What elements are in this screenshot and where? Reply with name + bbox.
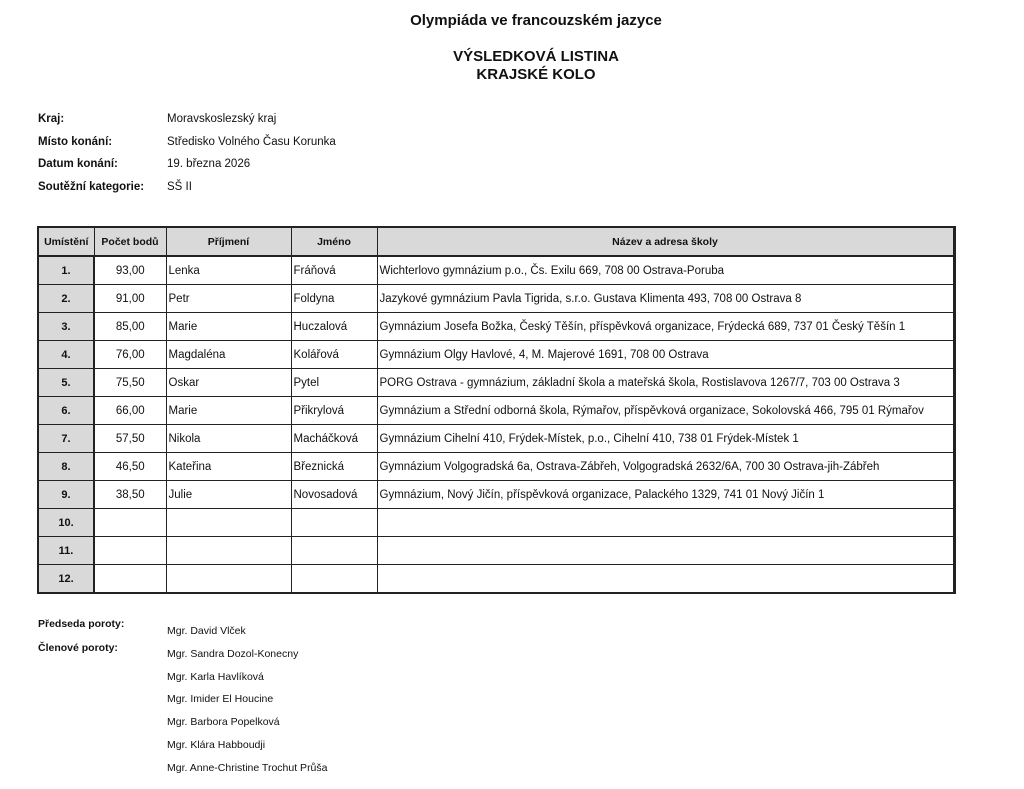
table-row: 1.93,00LenkaFráňováWichterlovo gymnázium…	[38, 256, 954, 285]
cell-school: PORG Ostrava - gymnázium, základní škola…	[377, 369, 954, 397]
cell-school: Gymnázium Josefa Božka, Český Těšín, pří…	[377, 313, 954, 341]
cell-school: Wichterlovo gymnázium p.o., Čs. Exilu 66…	[377, 256, 954, 285]
cell-school: Jazykové gymnázium Pavla Tigrida, s.r.o.…	[377, 285, 954, 313]
results-body: 1.93,00LenkaFráňováWichterlovo gymnázium…	[38, 256, 954, 593]
category-value: SŠ II	[167, 181, 192, 193]
cell-place: 9.	[38, 481, 94, 509]
document-title: Olympiáda ve francouzském jazyce	[0, 12, 1024, 29]
cell-surname: Nikola	[166, 425, 291, 453]
date-label: Datum konání:	[38, 158, 167, 170]
cell-place: 3.	[38, 313, 94, 341]
table-row: 2.91,00PetrFoldynaJazykové gymnázium Pav…	[38, 285, 954, 313]
cell-surname: Marie	[166, 397, 291, 425]
venue-label: Místo konání:	[38, 136, 167, 148]
cell-school: Gymnázium Volgogradská 6a, Ostrava-Zábře…	[377, 453, 954, 481]
info-row-category: Soutěžní kategorie: SŠ II	[38, 176, 336, 199]
jury-member-name: Mgr. Imider El Houcine	[167, 692, 328, 715]
region-value: Moravskoslezský kraj	[167, 113, 276, 125]
header-points: Počet bodů	[94, 227, 166, 256]
cell-school	[377, 509, 954, 537]
cell-surname: Magdaléna	[166, 341, 291, 369]
cell-school: Gymnázium Cihelní 410, Frýdek-Místek, p.…	[377, 425, 954, 453]
document-subtitle-results: VÝSLEDKOVÁ LISTINA	[0, 48, 1024, 66]
cell-surname	[166, 509, 291, 537]
cell-points	[94, 565, 166, 594]
cell-surname: Lenka	[166, 256, 291, 285]
cell-points	[94, 509, 166, 537]
cell-name: Kolářová	[291, 341, 377, 369]
cell-name: Pytel	[291, 369, 377, 397]
cell-points: 85,00	[94, 313, 166, 341]
cell-surname	[166, 565, 291, 594]
cell-place: 6.	[38, 397, 94, 425]
cell-name	[291, 565, 377, 594]
cell-surname: Petr	[166, 285, 291, 313]
table-row: 3.85,00MarieHuczalováGymnázium Josefa Bo…	[38, 313, 954, 341]
cell-surname: Marie	[166, 313, 291, 341]
venue-value: Středisko Volného Času Korunka	[167, 136, 336, 148]
cell-place: 12.	[38, 565, 94, 594]
competition-info: Kraj: Moravskoslezský kraj Místo konání:…	[38, 108, 336, 198]
cell-place: 7.	[38, 425, 94, 453]
cell-school	[377, 537, 954, 565]
jury-member-name: Mgr. Karla Havlíková	[167, 670, 328, 693]
category-label: Soutěžní kategorie:	[38, 181, 167, 193]
table-row: 10.	[38, 509, 954, 537]
cell-name	[291, 537, 377, 565]
table-row: 4.76,00MagdalénaKolářováGymnázium Olgy H…	[38, 341, 954, 369]
cell-name: Březnická	[291, 453, 377, 481]
cell-points: 91,00	[94, 285, 166, 313]
cell-name: Novosadová	[291, 481, 377, 509]
header-name: Jméno	[291, 227, 377, 256]
table-row: 9.38,50JulieNovosadováGymnázium, Nový Ji…	[38, 481, 954, 509]
table-header-row: Umístění Počet bodů Příjmení Jméno Název…	[38, 227, 954, 256]
cell-points: 46,50	[94, 453, 166, 481]
jury-member-name: Mgr. Sandra Dozol-Konecny	[167, 647, 328, 670]
cell-place: 2.	[38, 285, 94, 313]
cell-place: 11.	[38, 537, 94, 565]
cell-school	[377, 565, 954, 594]
cell-points: 66,00	[94, 397, 166, 425]
cell-place: 8.	[38, 453, 94, 481]
jury-member-name: Mgr. Barbora Popelková	[167, 715, 328, 738]
cell-points: 93,00	[94, 256, 166, 285]
jury-chair-name: Mgr. David Vlček	[167, 624, 328, 647]
cell-points: 75,50	[94, 369, 166, 397]
cell-surname: Oskar	[166, 369, 291, 397]
jury-chair-label: Předseda poroty:	[38, 618, 124, 630]
table-row: 6.66,00MariePřikrylováGymnázium a Středn…	[38, 397, 954, 425]
cell-name: Fráňová	[291, 256, 377, 285]
table-row: 7.57,50NikolaMacháčkováGymnázium Cihelní…	[38, 425, 954, 453]
cell-name: Přikrylová	[291, 397, 377, 425]
cell-name: Macháčková	[291, 425, 377, 453]
info-row-venue: Místo konání: Středisko Volného Času Kor…	[38, 131, 336, 154]
cell-place: 1.	[38, 256, 94, 285]
cell-name: Foldyna	[291, 285, 377, 313]
jury-member-name: Mgr. Klára Habboudji	[167, 738, 328, 761]
info-row-date: Datum konání: 19. března 2026	[38, 153, 336, 176]
header-place: Umístění	[38, 227, 94, 256]
info-row-region: Kraj: Moravskoslezský kraj	[38, 108, 336, 131]
cell-surname: Kateřina	[166, 453, 291, 481]
cell-name: Huczalová	[291, 313, 377, 341]
document-subtitle-round: KRAJSKÉ KOLO	[0, 66, 1024, 84]
table-row: 5.75,50OskarPytelPORG Ostrava - gymnáziu…	[38, 369, 954, 397]
cell-place: 5.	[38, 369, 94, 397]
cell-surname: Julie	[166, 481, 291, 509]
jury-members-label: Členové poroty:	[38, 642, 118, 654]
jury-member-name: Mgr. Anne-Christine Trochut Průša	[167, 761, 328, 784]
cell-school: Gymnázium Olgy Havlové, 4, M. Majerové 1…	[377, 341, 954, 369]
table-row: 12.	[38, 565, 954, 594]
date-value: 19. března 2026	[167, 158, 250, 170]
cell-name	[291, 509, 377, 537]
cell-place: 4.	[38, 341, 94, 369]
cell-school: Gymnázium a Střední odborná škola, Rýmař…	[377, 397, 954, 425]
cell-school: Gymnázium, Nový Jičín, příspěvková organ…	[377, 481, 954, 509]
region-label: Kraj:	[38, 113, 167, 125]
header-school: Název a adresa školy	[377, 227, 954, 256]
cell-surname	[166, 537, 291, 565]
cell-points: 76,00	[94, 341, 166, 369]
table-row: 8.46,50KateřinaBřeznickáGymnázium Volgog…	[38, 453, 954, 481]
jury-list: Mgr. David VlčekMgr. Sandra Dozol-Konecn…	[167, 624, 328, 784]
header-surname: Příjmení	[166, 227, 291, 256]
cell-points: 38,50	[94, 481, 166, 509]
cell-points: 57,50	[94, 425, 166, 453]
cell-points	[94, 537, 166, 565]
table-row: 11.	[38, 537, 954, 565]
results-table: Umístění Počet bodů Příjmení Jméno Název…	[37, 226, 956, 594]
cell-place: 10.	[38, 509, 94, 537]
